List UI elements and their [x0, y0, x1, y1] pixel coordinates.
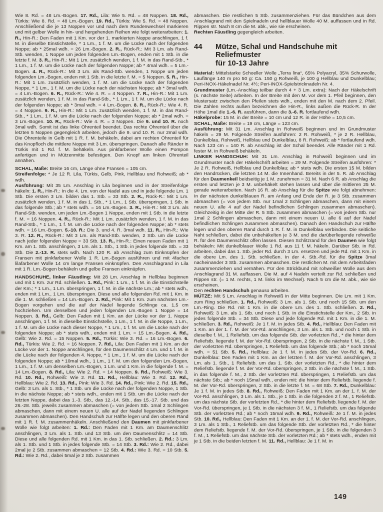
scan-artifact — [1, 189, 5, 192]
scan-artifact — [1, 331, 5, 334]
book-page: Wie 8. Rd. = 48 Lm.-Bogen. 17. Rd., Lila… — [0, 0, 383, 512]
section-title-line2: für 10-13 Jahre — [216, 59, 269, 67]
paragraph: MÜTZE: Mit 5 Lm. Anschlag in Rohweiß in … — [194, 294, 376, 445]
section-header: 44 Mütze, Schal und Handschuhe mit Relie… — [194, 43, 376, 68]
paragraph: Material: Mittelstarke Schoeller Wolle „… — [194, 71, 376, 88]
paragraph: Rechten Fäustling gegengleich arbeiten. — [194, 30, 376, 36]
section-number: 44 — [194, 43, 216, 51]
paragraph: abmaschen. Die restlichen 5 Stb. zusamme… — [194, 13, 376, 30]
scan-artifact — [1, 252, 5, 256]
page-spine-shadow — [0, 0, 8, 512]
section-title-line1: Mütze, Schal und Handschuhe mit Reliefmu… — [216, 43, 338, 59]
paragraph: HANDSCHUHE, linker Fäustling: Mit 28 Lm.… — [15, 275, 189, 459]
paragraph: Streifenfolge: * Je 12 R. Lila, Türkis, … — [15, 172, 189, 183]
paragraph: Ausführung: Mit 31 Lm. Anschlag in Rohwe… — [194, 126, 376, 154]
left-column: Wie 8. Rd. = 48 Lm.-Bogen. 17. Rd., Lila… — [15, 13, 189, 459]
paragraph: Grundmuster (Lm.-Anschlag teilbar durch … — [194, 87, 376, 115]
right-column: abmaschen. Die restlichen 5 Stb. zusamme… — [194, 13, 376, 444]
page-number: 149 — [334, 494, 347, 501]
paragraph: LINKER HANDSCHUH: Mit 31 Lm. Anschlag in… — [194, 154, 376, 288]
right-column-top-paragraphs: abmaschen. Die restlichen 5 Stb. zusamme… — [194, 13, 376, 35]
section-title: Mütze, Schal und Handschuhe mit Reliefmu… — [216, 43, 377, 68]
paragraph: Wie 8. Rd. = 48 Lm.-Bogen. 17. Rd., Lila… — [15, 13, 189, 164]
scan-artifact — [1, 427, 5, 430]
right-column-paragraphs: Material: Mittelstarke Schoeller Wolle „… — [194, 71, 376, 445]
paragraph: Ausführung: Mit 35 Lm. Anschlag in Lila … — [15, 183, 189, 272]
